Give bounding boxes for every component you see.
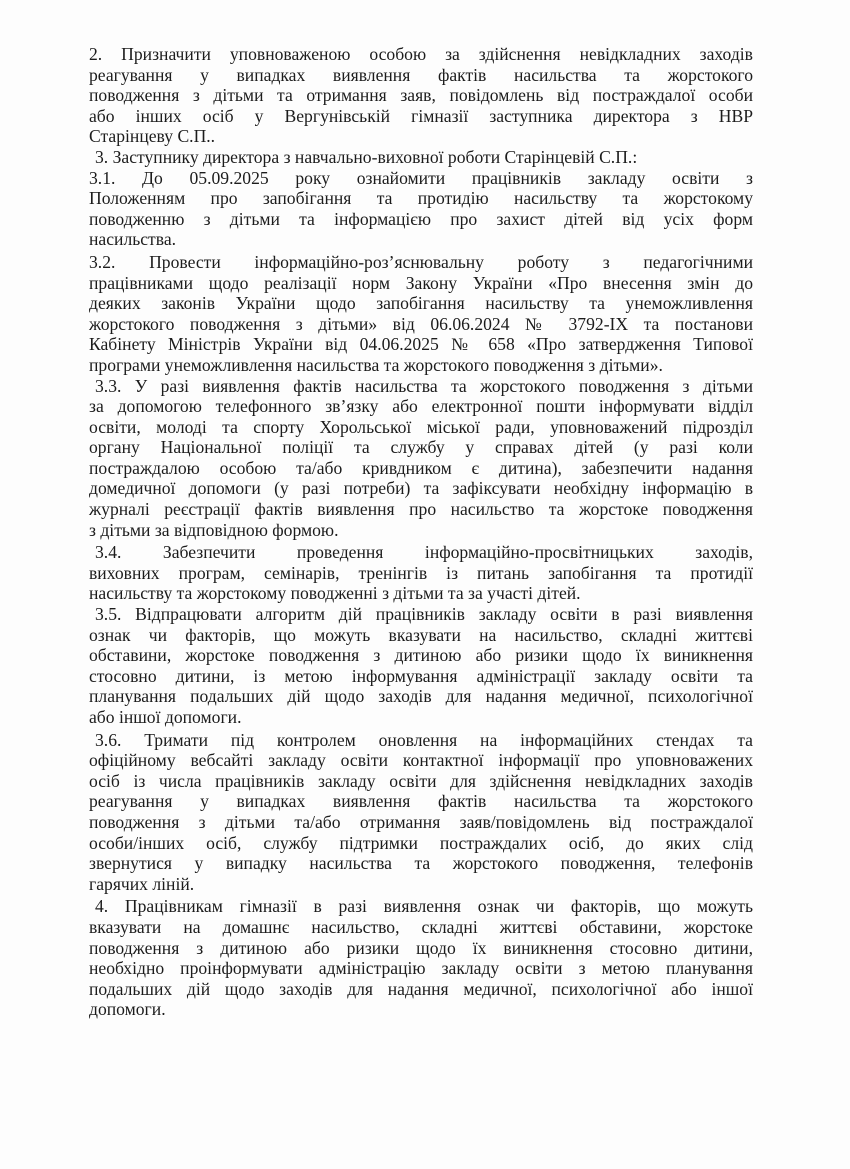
text-line: 2. Призначити уповноваженою особою за зд… <box>89 44 753 65</box>
text-line: насильству та жорстокому поводженні з ді… <box>89 583 753 604</box>
text-line: поводження з дітьми та/або отримання зая… <box>89 812 753 833</box>
text-line: поводження з дитиною або ризики щодо їх … <box>89 938 753 959</box>
text-line: 4. Працівникам гімназії в разі виявлення… <box>89 896 753 917</box>
text-line: або інших осіб у Вергунівській гімназії … <box>89 106 753 127</box>
text-line: за допомогою телефонного зв’язку або еле… <box>89 396 753 417</box>
text-line: гарячих ліній. <box>89 874 753 895</box>
text-line: 3. Заступнику директора з навчально-вихо… <box>89 147 753 168</box>
text-line: програми унеможливлення насильства та жо… <box>89 355 753 376</box>
text-line: 3.2. Провести інформаційно-роз’яснювальн… <box>89 252 753 273</box>
text-line: виховних програм, семінарів, тренінгів і… <box>89 563 753 584</box>
text-line: насильства. <box>89 229 753 250</box>
text-line: жорстокого поводження з дітьми» від 06.0… <box>89 314 753 335</box>
paragraph-item-4: 4. Працівникам гімназії в разі виявлення… <box>89 896 753 1020</box>
text-line: поводженню з дітьми та інформацією про з… <box>89 209 753 230</box>
text-line: необхідно проінформувати адміністрацію з… <box>89 958 753 979</box>
text-line: планування подальших дій щодо заходів дл… <box>89 686 753 707</box>
paragraph-item-3-1: 3.1. До 05.09.2025 року ознайомити праці… <box>89 168 753 250</box>
text-line: постраждалою особою та/або кривдником є … <box>89 458 753 479</box>
text-line: особи/інших осіб, службу підтримки постр… <box>89 833 753 854</box>
text-line: поводження з дітьми та отримання заяв, п… <box>89 85 753 106</box>
text-line: 3.3. У разі виявлення фактів насильства … <box>89 376 753 397</box>
text-line: деяких законів України щодо запобігання … <box>89 293 753 314</box>
text-line: осіб із числа працівників закладу освіти… <box>89 771 753 792</box>
text-line: реагування у випадках виявлення фактів н… <box>89 65 753 86</box>
paragraph-item-2: 2. Призначити уповноваженою особою за зд… <box>89 44 753 147</box>
text-line: подальших дій щодо заходів для надання м… <box>89 979 753 1000</box>
paragraph-item-3-3: 3.3. У разі виявлення фактів насильства … <box>89 376 753 541</box>
paragraph-item-3-6: 3.6. Тримати під контролем оновлення на … <box>89 730 753 895</box>
text-line: 3.1. До 05.09.2025 року ознайомити праці… <box>89 168 753 189</box>
text-line: освіти, молоді та спорту Хорольської міс… <box>89 417 753 438</box>
text-line: допомоги. <box>89 999 753 1020</box>
paragraph-item-3-4: 3.4. Забезпечити проведення інформаційно… <box>89 542 753 604</box>
text-line: Старінцеву С.П.. <box>89 126 753 147</box>
scanned-document-page: 2. Призначити уповноваженою особою за зд… <box>0 0 850 1169</box>
text-line: працівниками щодо реалізації норм Закону… <box>89 273 753 294</box>
text-line: органу Національної поліції та службу у … <box>89 437 753 458</box>
paragraph-item-3-5: 3.5. Відпрацювати алгоритм дій працівник… <box>89 604 753 728</box>
text-line: 3.6. Тримати під контролем оновлення на … <box>89 730 753 751</box>
text-line: 3.5. Відпрацювати алгоритм дій працівник… <box>89 604 753 625</box>
paragraph-item-3: 3. Заступнику директора з навчально-вихо… <box>89 147 753 168</box>
text-line: ознак чи факторів, що можуть вказувати н… <box>89 625 753 646</box>
text-line: 3.4. Забезпечити проведення інформаційно… <box>89 542 753 563</box>
text-line: домедичної допомоги (у разі потреби) та … <box>89 478 753 499</box>
text-line: обставини, жорстоке поводження з дитиною… <box>89 645 753 666</box>
document-body: 2. Призначити уповноваженою особою за зд… <box>89 44 753 1020</box>
text-line: вказувати на домашнє насильство, складні… <box>89 917 753 938</box>
text-line: офіційному вебсайті закладу освіти конта… <box>89 750 753 771</box>
text-line: журналі реєстрації фактів виявлення про … <box>89 499 753 520</box>
text-line: реагування у випадках виявлення фактів н… <box>89 791 753 812</box>
text-line: Положенням про запобігання та протидію н… <box>89 188 753 209</box>
paragraph-item-3-2: 3.2. Провести інформаційно-роз’яснювальн… <box>89 252 753 376</box>
text-line: з дітьми за відповідною формою. <box>89 520 753 541</box>
text-line: або іншої допомоги. <box>89 707 753 728</box>
text-line: стосовно дитини, із метою інформування а… <box>89 666 753 687</box>
text-line: звернутися у випадку насильства та жорст… <box>89 853 753 874</box>
text-line: Кабінету Міністрів України від 04.06.202… <box>89 334 753 355</box>
